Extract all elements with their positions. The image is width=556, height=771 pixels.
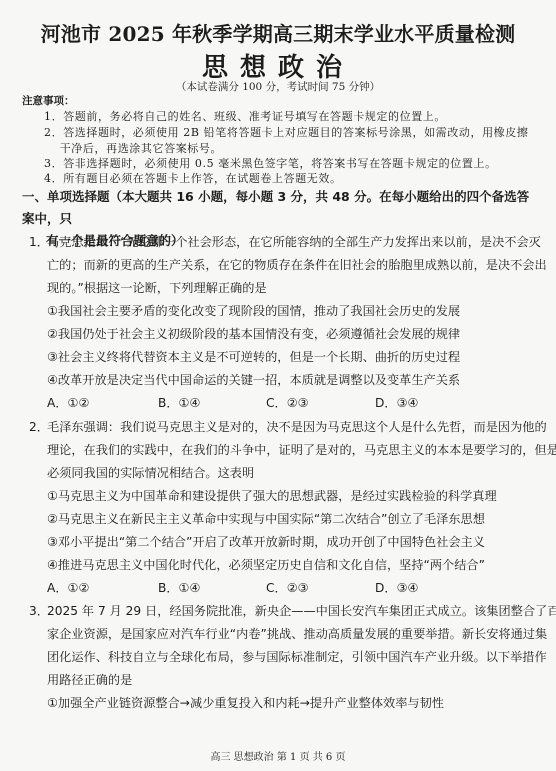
option-b[interactable]: B．①④ — [158, 579, 200, 596]
question-stem: 团化运作、科技自立与全球化布局，参与国际标准制定，引领中国汽车产业升级。以下举措… — [47, 648, 547, 665]
option-d[interactable]: D．③④ — [375, 579, 418, 596]
option-a[interactable]: A．①② — [47, 579, 89, 596]
option-b[interactable]: B．①④ — [158, 394, 200, 411]
question-stem: 现的。”根据这一论断，下列理解正确的是 — [47, 279, 267, 296]
statement: ④改革开放是决定当代中国命运的关键一招，本质就是调整以及变革生产关系 — [47, 371, 460, 388]
notice-item: 2．答选择题时，必须使用 2B 铅笔将答题卡上对应题目的答案标号涂黑，如需改动，… — [44, 124, 528, 140]
statement: ①我国社会主要矛盾的变化改变了现阶段的国情，推动了我国社会历史的发展 — [47, 302, 460, 319]
exam-title: 河池市 2025 年秋季学期高三期末学业水平质量检测 — [0, 18, 556, 47]
notice-item: 干净后，再选涂其它答案标号。 — [44, 140, 222, 156]
question-number: 1． — [29, 233, 49, 250]
question-stem: 必须同我国的实际情况相结合。这表明 — [47, 464, 254, 481]
option-d[interactable]: D．③④ — [375, 394, 418, 411]
statement: ②我国仍处于社会主义初级阶段的基本国情没有变，必须遵循社会发展的规律 — [47, 325, 460, 342]
option-c[interactable]: C．②③ — [266, 579, 309, 596]
page-footer: 高三 思想政治 第 1 页 共 6 页 — [0, 748, 556, 763]
exam-page: 河池市 2025 年秋季学期高三期末学业水平质量检测 思想政治 （本试卷满分 1… — [0, 0, 556, 771]
statement: ①马克思主义为中国革命和建设提供了强大的思想武器，是经过实践检验的科学真理 — [47, 487, 497, 504]
statement: ①加强全产业链资源整合→减少重复投入和内耗→提升产业整体效率与韧性 — [47, 694, 444, 711]
notice-item: 3．答非选择题时，必须使用 0.5 毫米黑色签字笔，将答案书写在答题卡规定的位置… — [44, 155, 497, 171]
question-stem: 2025 年 7 月 29 日，经国务院批准，新央企——中国长安汽车集团正式成立… — [47, 602, 556, 619]
question-number: 2． — [29, 418, 49, 435]
question-stem: 家企业资源，是国家应对汽车行业“内卷”挑战、推动高质量发展的重要举措。新长安将通… — [47, 625, 547, 642]
statement: ④推进马克思主义中国化时代化，必须坚定历史自信和文化自信，坚持“两个结合” — [47, 556, 485, 573]
question-number: 3． — [29, 602, 49, 619]
exam-note: （本试卷满分 100 分，考试时间 75 分钟） — [0, 79, 556, 94]
question-stem: 毛泽东强调：我们说马克思主义是对的，决不是因为马克思这个人是什么先哲，而是因为他… — [47, 418, 547, 435]
statement: ③邓小平提出“第二个结合”开启了改革开放新时期，成功开创了中国特色社会主义 — [47, 533, 485, 550]
option-a[interactable]: A．①② — [47, 394, 89, 411]
option-c[interactable]: C．②③ — [266, 394, 309, 411]
question-stem: 用路径正确的是 — [47, 671, 132, 688]
statement: ③社会主义终将代替资本主义是不可逆转的，但是一个长期、曲折的历史过程 — [47, 348, 460, 365]
notice-item: 4．所有题目必须在答题卡上作答，在试题卷上答题无效。 — [44, 170, 342, 186]
section-heading-line1: 一、单项选择题（本大题共 16 小题，每小题 3 分，共 48 分。在每小题给出… — [22, 189, 529, 226]
notice-item: 1．答题前，务必将自己的姓名、班级、准考证号填写在答题卡规定的位置上。 — [44, 108, 446, 124]
question-stem: 亡的；而新的更高的生产关系，在它的物质存在条件在旧社会的胎胞里成熟以前，是决不会… — [47, 256, 547, 273]
notices-heading: 注意事项： — [22, 93, 75, 108]
question-stem: 马克思指出：“无论哪一个社会形态，在它所能容纳的全部生产力发挥出来以前，是决不会… — [47, 233, 541, 250]
question-stem: 理论，在我们的实践中，在我们的斗争中，证明了是对的，马克思主义的本本是要学习的，… — [47, 441, 556, 458]
statement: ②马克思主义在新民主主义革命中实现与中国实际“第二次结合”创立了毛泽东思想 — [47, 510, 485, 527]
